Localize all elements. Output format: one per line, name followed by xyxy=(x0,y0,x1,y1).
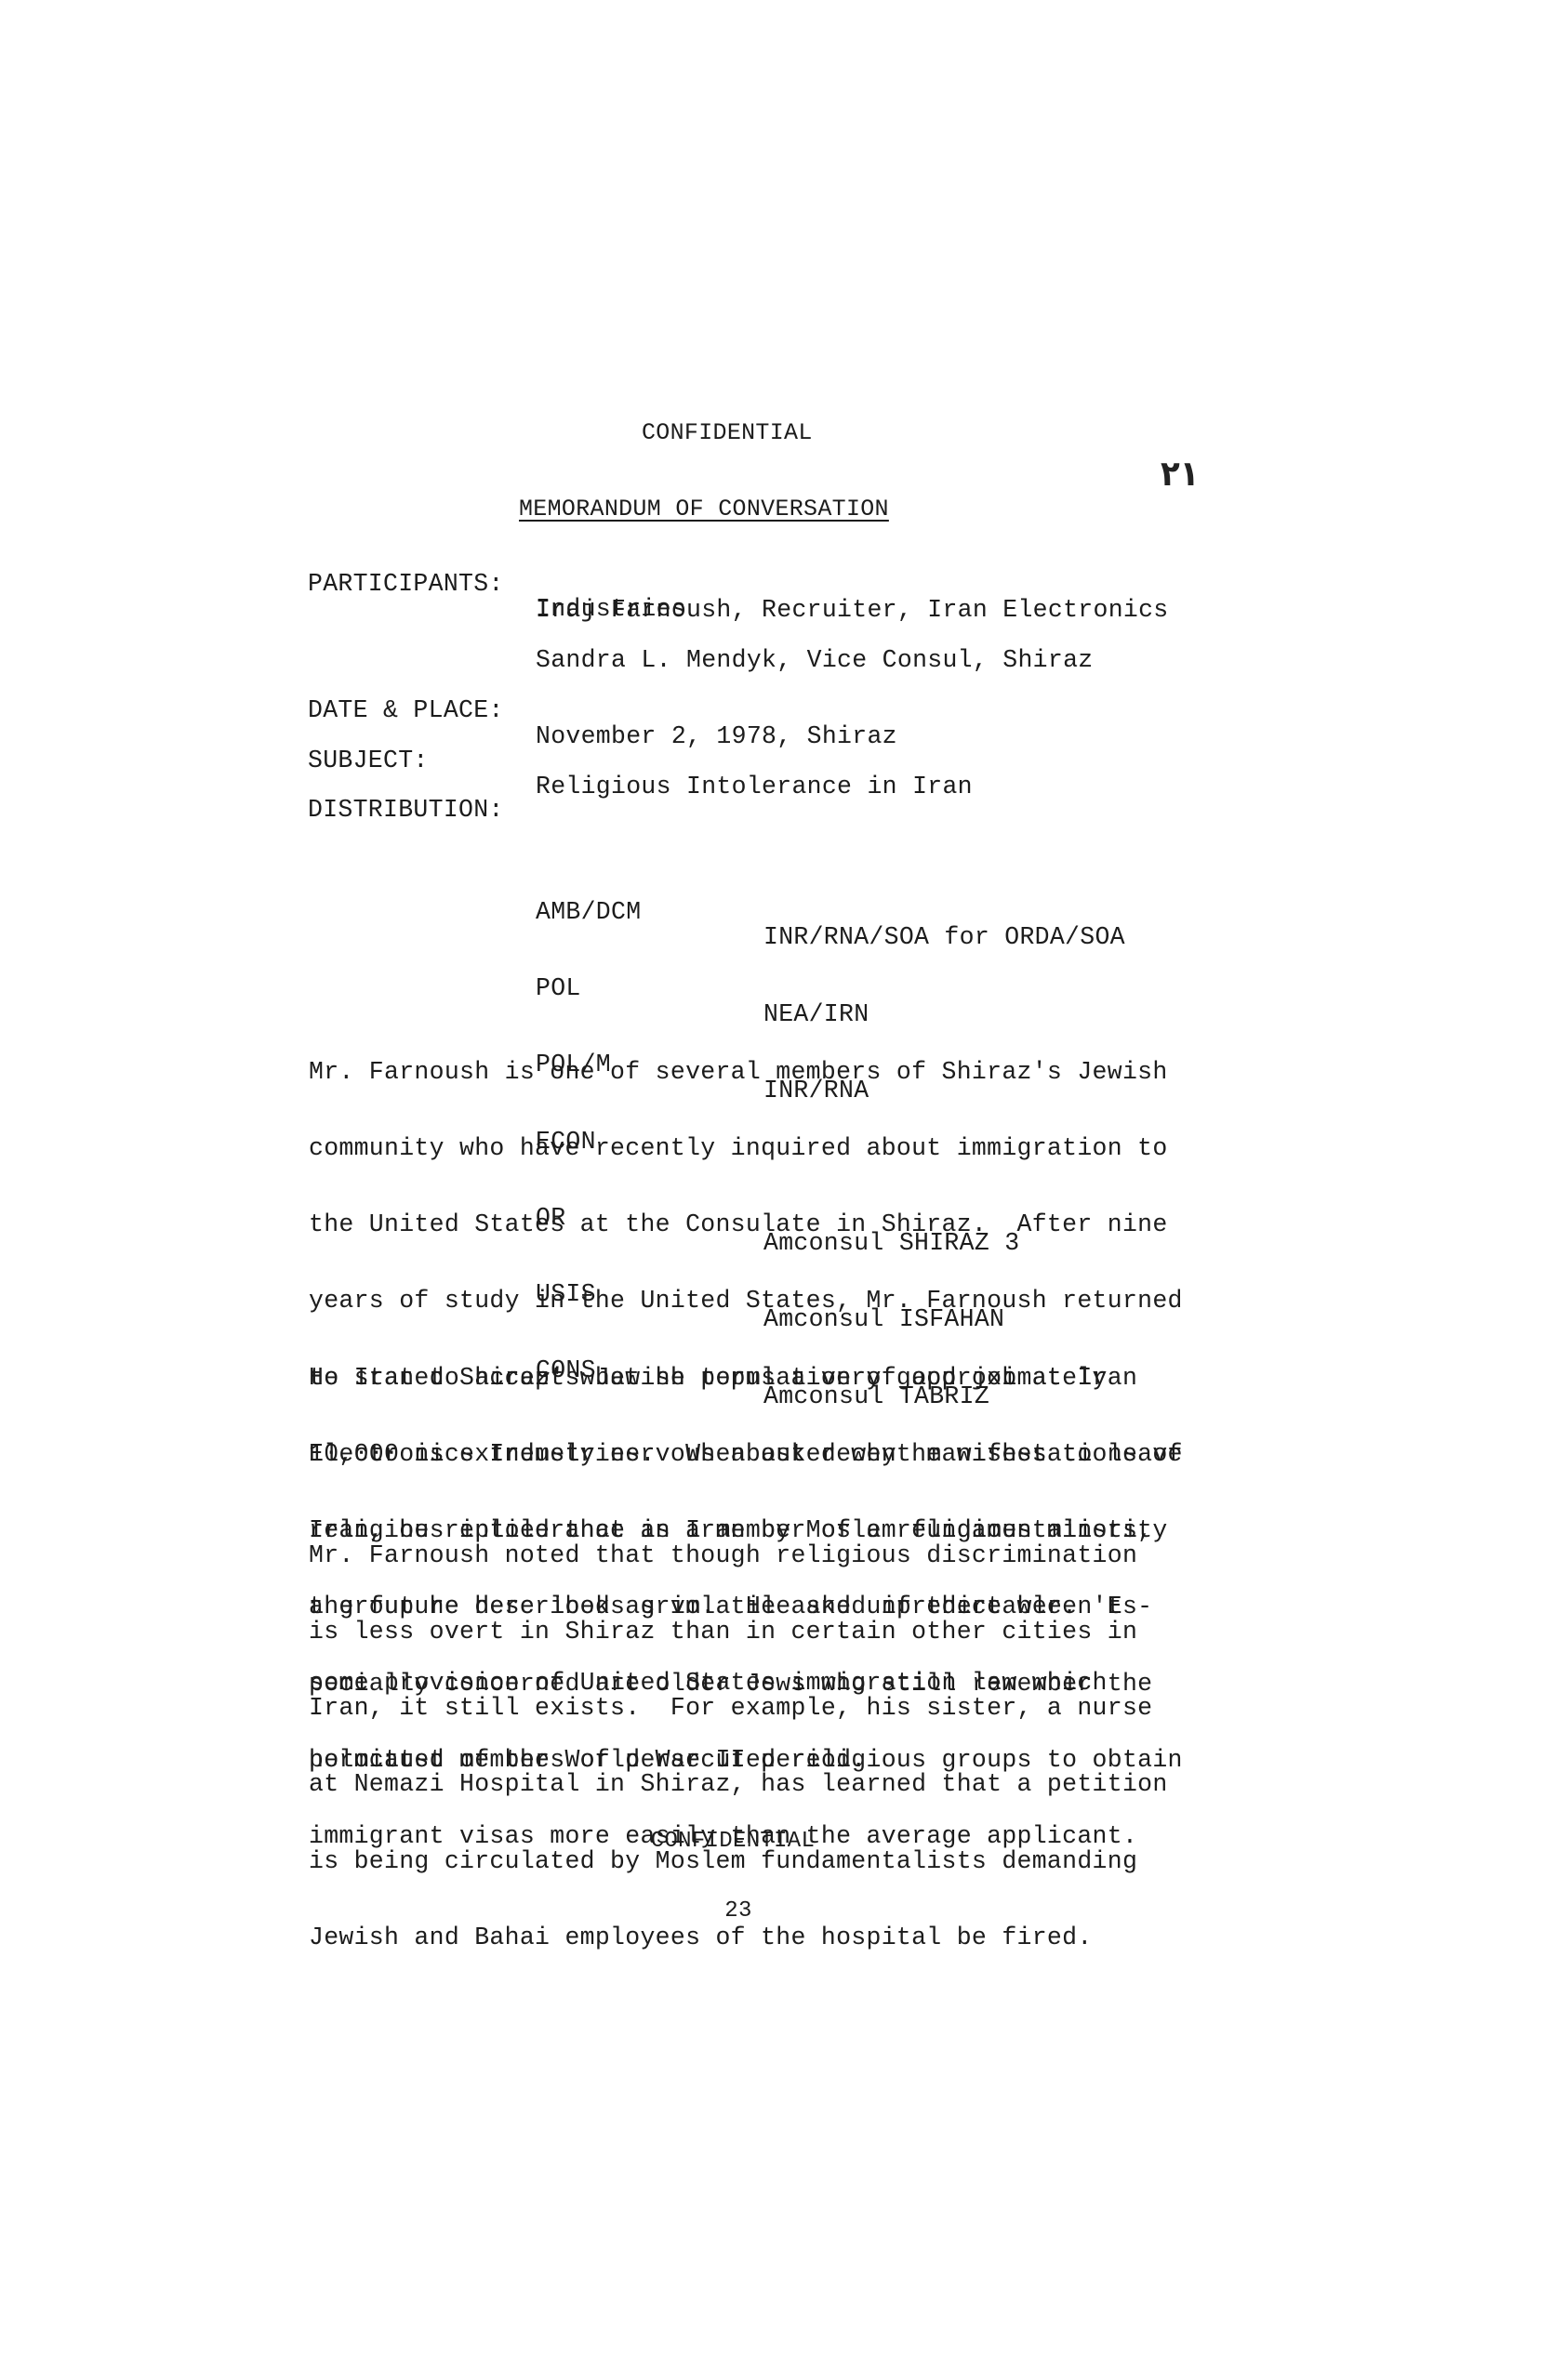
body-line: Iran, it still exists. For example, his … xyxy=(309,1696,1168,1721)
page-number: 23 xyxy=(651,1899,826,1923)
memo-body: Mr. Farnoush is one of several members o… xyxy=(309,1009,1239,1136)
classification-bottom: CONFIDENTIAL xyxy=(640,1830,826,1853)
distribution-item: AMB/DCM xyxy=(536,900,657,925)
participant-1-cont: Industries xyxy=(536,597,686,622)
body-line: Mr. Farnoush noted that though religious… xyxy=(309,1543,1168,1568)
date-place-label: DATE & PLACE: xyxy=(308,698,504,723)
body-line: He stated Shiraz's Jewish population of … xyxy=(309,1366,1183,1391)
participant-2: Sandra L. Mendyk, Vice Consul, Shiraz xyxy=(536,648,1094,673)
body-line: the United States at the Consulate in Sh… xyxy=(309,1212,1183,1237)
memo-header: PARTICIPANTS: Iraj Farnoush, Recruiter, … xyxy=(308,547,368,929)
body-line: Mr. Farnoush is one of several members o… xyxy=(309,1060,1183,1085)
body-line: years of study in the United States, Mr.… xyxy=(309,1289,1183,1314)
distribution-row: DISTRIBUTION: AMB/DCM POL POL/M ECON OR … xyxy=(308,773,398,900)
classification-top: CONFIDENTIAL xyxy=(642,420,813,445)
body-line: 10,000 is extremely nervous about recent… xyxy=(309,1442,1183,1467)
distribution-item: POL xyxy=(536,976,657,1001)
distribution-label: DISTRIBUTION: xyxy=(308,798,504,823)
body-line: is less overt in Shiraz than in certain … xyxy=(309,1620,1168,1645)
memo-page: CONFIDENTIAL ۲۱ MEMORANDUM OF CONVERSATI… xyxy=(0,0,1566,2380)
subject-label: SUBJECT: xyxy=(308,748,429,773)
distribution-item: INR/RNA/SOA for ORDA/SOA xyxy=(763,925,1125,950)
subject-value: Religious Intolerance in Iran xyxy=(536,774,973,800)
body-line: community who have recently inquired abo… xyxy=(309,1136,1183,1161)
memo-title: MEMORANDUM OF CONVERSATION xyxy=(519,496,889,522)
page-footer: CONFIDENTIAL 23 xyxy=(640,1783,826,1969)
date-place-value: November 2, 1978, Shiraz xyxy=(536,724,897,749)
handwritten-page-mark: ۲۱ xyxy=(1161,454,1200,495)
